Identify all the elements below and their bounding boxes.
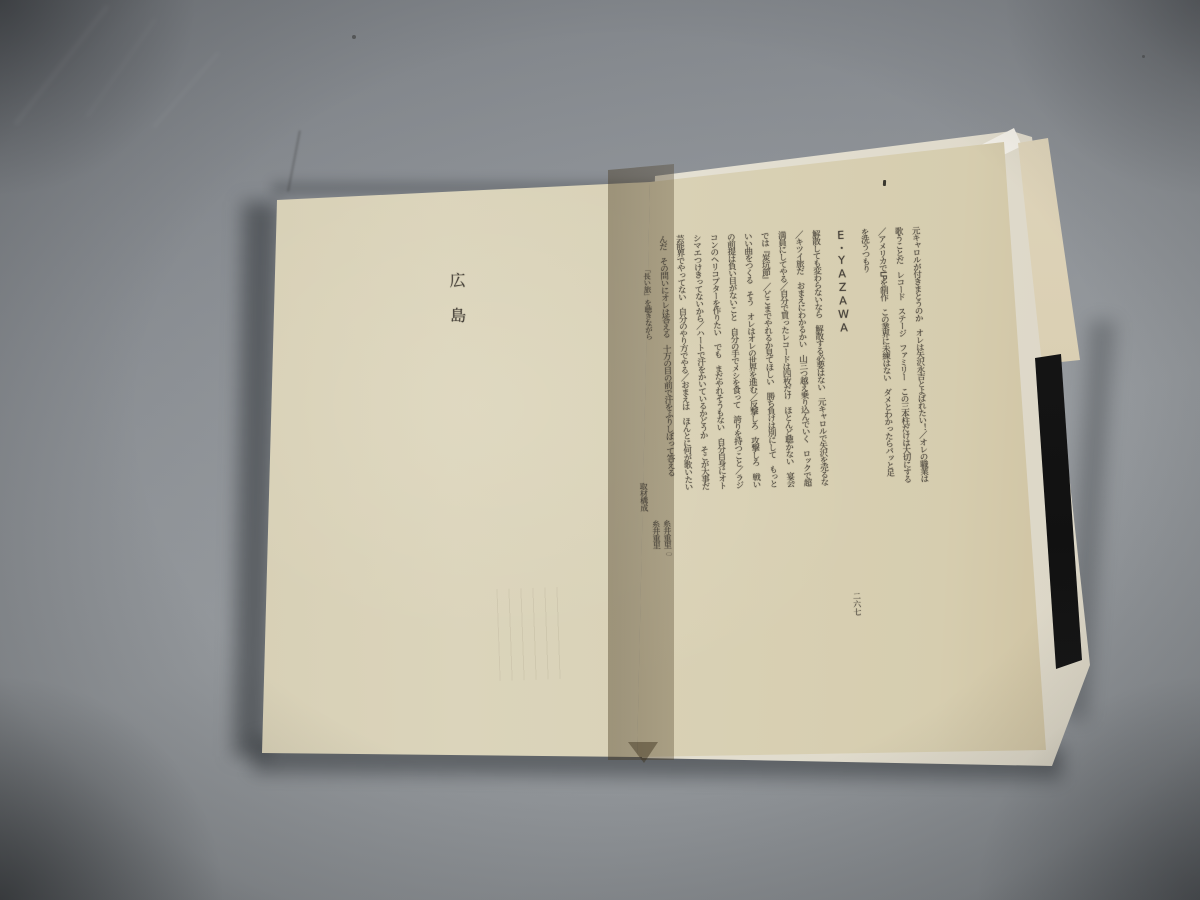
background-scratch-streak [152,52,219,129]
credit-name-text: 糸井重里 [662,519,672,548]
left-page-showthrough [496,587,561,681]
background-speck [352,35,356,39]
credits-block: 糸井重里〔〕 糸井重里 取材構成 [631,481,677,652]
credit-mark: 〔〕 [664,548,671,559]
right-page-text-block: 元キャロルが付きまとうのか オレは矢沢永吉とよばれたい！／オレの職業は 歌うこと… [633,226,938,681]
page-number: 二六七 [850,592,864,636]
background-speck [1142,55,1145,58]
chapter-title: 広島 [445,272,469,402]
photo-scene: 元キャロルが付きまとうのか オレは矢沢永吉とよばれたい！／オレの職業は 歌うこと… [0,0,1200,900]
page-top-mark [883,180,886,186]
background-scratch-streak [86,18,156,117]
